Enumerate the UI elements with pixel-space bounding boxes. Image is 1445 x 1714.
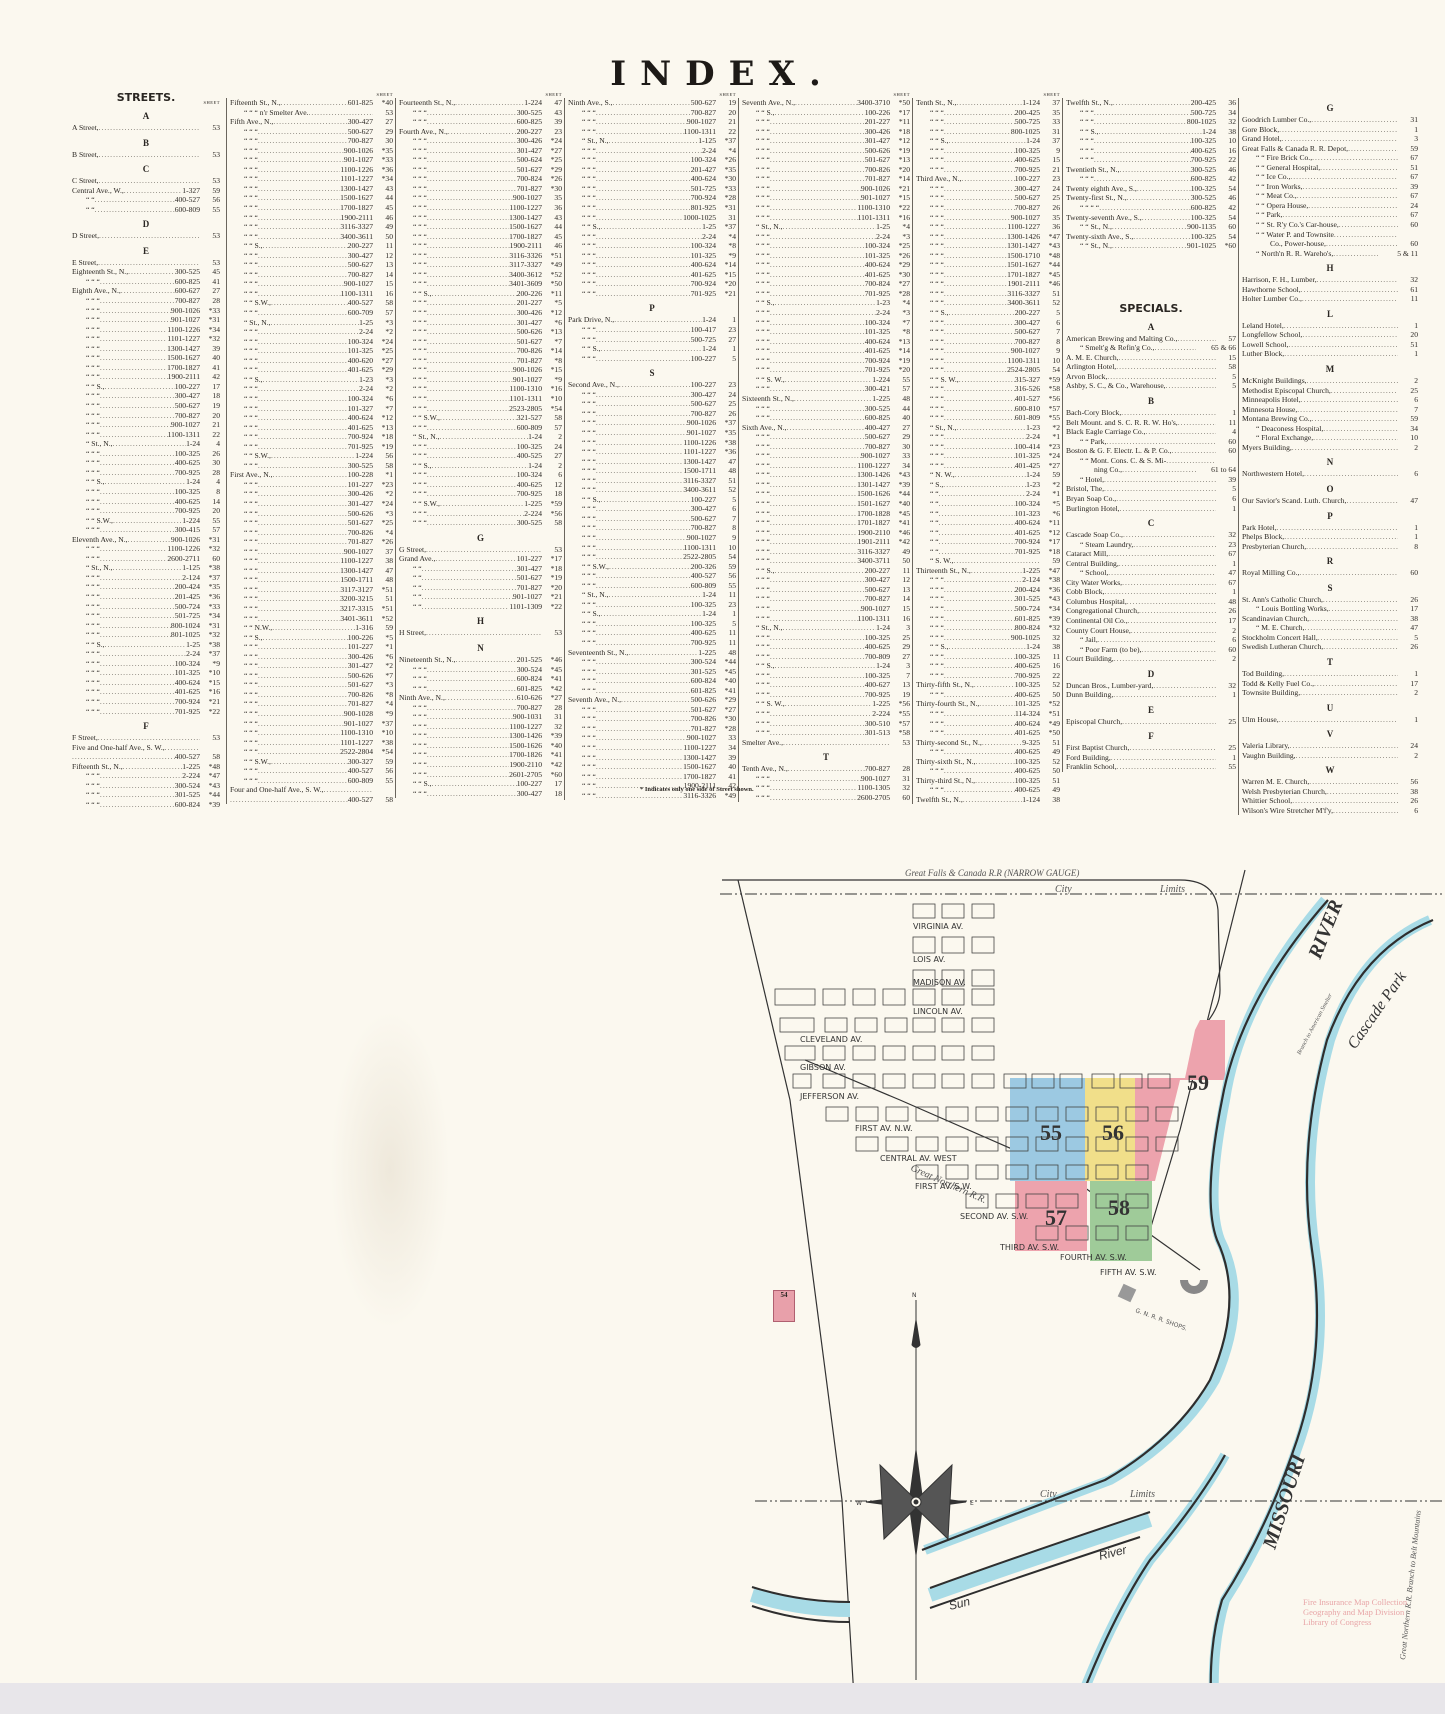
entry-name: “ “ S., [86, 640, 105, 650]
entry-range: 2-24 [186, 649, 200, 659]
entry-sheet: 11 [1398, 294, 1418, 304]
index-entry: Grand Ave.,101-227*17 [399, 554, 562, 564]
entry-sheet: *31 [716, 203, 736, 213]
entry-name: “ “ S.W., [413, 499, 440, 509]
leader-dots [258, 260, 348, 270]
entry-sheet: 53 [200, 733, 220, 743]
entry-range: 1-23 [1026, 480, 1040, 490]
entry-name: Phelps Block, [1242, 532, 1284, 542]
index-entry: “ “ “1901-2111*42 [742, 537, 910, 547]
entry-sheet [200, 743, 220, 753]
index-entry: Ashby, S. C., & Co., Warehouse,5 [1066, 381, 1236, 391]
entry-range: 1101-1309 [509, 602, 542, 612]
entry-name: “ “ “ [756, 184, 770, 194]
entry-sheet: *20 [890, 165, 910, 175]
entry-name: “ “ “ [582, 504, 596, 514]
index-entry: “ “ “3400-361152 [568, 485, 736, 495]
leader-dots [440, 432, 529, 442]
entry-name: “ “ “ [930, 213, 944, 223]
entry-name: “ “ “ [756, 308, 770, 318]
leader-dots [128, 535, 171, 545]
leader-dots [1119, 559, 1216, 569]
entry-range: 700-826 [691, 714, 716, 724]
index-entry: “ “ “401-625*50 [916, 728, 1060, 738]
leader-dots [100, 468, 175, 478]
index-entry: “ “ “1300-142747 [568, 457, 736, 467]
entry-name: “ “ “ [756, 337, 770, 347]
entry-range: 300-525 [175, 267, 200, 277]
leader-dots [770, 793, 857, 803]
index-entry: “ “2-24*1 [916, 489, 1060, 499]
sheet-55-number: 55 [1040, 1120, 1062, 1145]
leader-dots [258, 127, 348, 137]
index-entry: “ “ “301-525*44 [72, 790, 220, 800]
index-entry: McKnight Buildings,2 [1242, 376, 1418, 386]
index-entry: Northwestern Hotel,6 [1242, 469, 1418, 479]
entry-sheet: *28 [890, 289, 910, 299]
index-entry: “ “ “3400-371150 [742, 556, 910, 566]
leader-dots [944, 337, 1015, 347]
leader-dots [1312, 153, 1398, 163]
entry-name: “ “ “ [86, 800, 100, 810]
index-entry: “ “ “700-826*14 [399, 346, 562, 356]
entry-range: 500-627 [691, 98, 716, 108]
entry-name: “ “ “ [756, 528, 770, 538]
entry-name: “ “ “ [930, 451, 944, 461]
entry-sheet: 3 [890, 661, 910, 671]
entry-sheet: 57 [1216, 334, 1236, 344]
entry-range: 100-324 [517, 470, 542, 480]
leader-dots [426, 628, 542, 638]
entry-name: Thirteenth St., N., [916, 566, 971, 576]
index-entry: “ “ S.W.,400-52758 [230, 298, 393, 308]
entry-name: “ “ “ [582, 203, 596, 213]
entry-sheet: *52 [542, 270, 562, 280]
entry-name: “ “ “ [756, 146, 770, 156]
entry-sheet: *6 [542, 318, 562, 328]
entry-name: “ “ “ [244, 680, 258, 690]
leader-dots [775, 298, 877, 308]
city-label-south: City [1040, 1489, 1057, 1500]
index-entry: “ “ “701-925*20 [742, 365, 910, 375]
index-entry: Welsh Presbyterian Church,38 [1242, 787, 1418, 797]
index-entry: “ “ “700-92522 [1066, 155, 1236, 165]
entry-sheet: *34 [200, 611, 220, 621]
index-entry: “ “ “400-624*14 [568, 260, 736, 270]
entry-range: 401-625 [348, 365, 373, 375]
entry-sheet: *14 [716, 260, 736, 270]
entry-name: “ “ “ [582, 476, 596, 486]
index-entry: “ “ “3401-3609*50 [399, 279, 562, 289]
entry-range: 400-527 [348, 298, 373, 308]
index-entry: “ “ “700-92518 [399, 489, 562, 499]
entry-range: 500-627 [865, 585, 890, 595]
index-entry: Cobb Block,1 [1066, 587, 1236, 597]
index-entry: “ St., N.,1-244 [72, 439, 220, 449]
entry-name: “ “ “ “ [1080, 203, 1099, 213]
leader-dots [596, 325, 691, 335]
entry-range: 1700-1827 [340, 203, 373, 213]
index-entry: “ “ “1300-142743 [230, 184, 393, 194]
entry-name: “ “ “ [244, 423, 258, 433]
index-entry: “ North'n R. R. Wareho's,5 & 11 [1242, 249, 1418, 259]
entry-range: 201-525 [517, 655, 542, 665]
entry-sheet: 1 [1398, 321, 1418, 331]
leader-dots [596, 418, 687, 428]
index-entry: “ “ S. W.,315-327*59 [916, 375, 1060, 385]
entry-name: “ “ “ [930, 155, 944, 165]
entry-name: “ North'n R. R. Wareho's, [1256, 249, 1333, 259]
leader-dots [427, 375, 513, 385]
leader-dots [596, 657, 691, 667]
index-entry: “ M. E. Church,47 [1242, 623, 1418, 633]
entry-sheet: 2 [1398, 443, 1418, 453]
entry-range: 900-1027 [171, 420, 200, 430]
entry-sheet: 27 [200, 286, 220, 296]
entry-name: “ “ “ [582, 270, 596, 280]
index-entry: “ “ “400-62529 [742, 642, 910, 652]
entry-sheet: 19 [890, 690, 910, 700]
entry-sheet: 58 [542, 413, 562, 423]
entry-sheet: *15 [716, 270, 736, 280]
index-entry: “ “ “400-624*49 [916, 719, 1060, 729]
entry-name: Swedish Lutheran Church, [1242, 642, 1323, 652]
entry-name: Townsite Building, [1242, 688, 1300, 698]
leader-dots [770, 489, 857, 499]
entry-name: “ “ “ [413, 356, 427, 366]
leader-dots [258, 547, 344, 557]
entry-name: “ “ St., N., [1080, 241, 1112, 251]
entry-range: 1300-1426 [857, 470, 890, 480]
entry-sheet: *51 [373, 604, 393, 614]
entry-range: 901-1027 [513, 592, 542, 602]
entry-range: 501-627 [348, 518, 373, 528]
index-entry: “ “ St. R'y Co.'s Car-house,60 [1242, 220, 1418, 230]
entry-range: 201-227 [865, 117, 890, 127]
index-entry: “ “ S.,1-2437 [916, 136, 1060, 146]
entry-sheet: 46 [1216, 165, 1236, 175]
entry-name: “ “ “ [582, 714, 596, 724]
entry-range: 2-124 [182, 573, 200, 583]
entry-range: 1900-2110 [857, 528, 890, 538]
index-entry: “ “ “100-41723 [568, 325, 736, 335]
entry-sheet: *2 [373, 661, 393, 671]
entry-name: “ M. E. Church, [1256, 623, 1305, 633]
index-entry: “ “ “301-427*24 [230, 499, 393, 509]
entry-name: Duncan Bros., Lumber-yard, [1066, 681, 1153, 691]
entry-name: “ “ “ [756, 783, 770, 793]
leader-dots [258, 136, 348, 146]
index-entry: “ “ “500-624*25 [399, 155, 562, 165]
index-entry: Fifth Ave., N.,300-42727 [230, 117, 393, 127]
entry-range: 700-925 [175, 506, 200, 516]
leader-dots [596, 399, 691, 409]
section-letter: M [1242, 363, 1418, 376]
index-entry: “ “ S.,1-241 [568, 344, 736, 354]
entry-range: 3400-3611 [1007, 298, 1040, 308]
entry-sheet: *40 [542, 741, 562, 751]
index-entry: “ “301-427*18 [399, 564, 562, 574]
entry-name: “ “ “ [930, 442, 944, 452]
index-entry: “ “ “501-627*3 [230, 680, 393, 690]
index-entry: “ “ “701-925*28 [742, 289, 910, 299]
entry-range: 101-227 [348, 642, 373, 652]
entry-name: “ “ “ [930, 117, 944, 127]
entry-name: “ “ “ [244, 585, 258, 595]
index-entry: Central Building,1 [1066, 559, 1236, 569]
entry-sheet: 36 [542, 203, 562, 213]
entry-sheet: *24 [542, 136, 562, 146]
index-entry: “ “700-924*17 [916, 537, 1060, 547]
leader-dots [609, 562, 691, 572]
index-entry: “ “ “700-82726 [916, 203, 1060, 213]
entry-sheet [1216, 456, 1236, 466]
section-letter: E [1066, 704, 1236, 717]
entry-range: 400-625 [1015, 747, 1040, 757]
leader-dots [427, 337, 517, 347]
index-entry: “ “ “2-24*1 [916, 432, 1060, 442]
entry-name: “ “ “ [413, 375, 427, 385]
entry-name: “ “ “ [244, 518, 258, 528]
entry-sheet: *39 [890, 480, 910, 490]
entry-range: 201-427 [691, 165, 716, 175]
leader-dots [258, 709, 344, 719]
entry-range: 1500-1711 [340, 575, 373, 585]
avenue-label: MADISON AV. [913, 978, 966, 987]
leader-dots [1104, 587, 1216, 597]
leader-dots [944, 766, 1015, 776]
index-entry: “ “ Park,60 [1066, 437, 1236, 447]
index-entry: “ “ “2-24*3 [742, 308, 910, 318]
leader-dots [100, 391, 175, 401]
entry-name: “ Hotel, [1080, 475, 1104, 485]
leader-dots [100, 506, 175, 516]
entry-sheet: 33 [716, 733, 736, 743]
leader-dots [1113, 690, 1216, 700]
avenue-label: FIRST AV. S.W. [915, 1182, 972, 1191]
entry-name: “ “ “ [244, 461, 258, 471]
entry-range: 301-427 [348, 661, 373, 671]
entry-name: Twelfth St., N., [1066, 98, 1113, 108]
leader-dots [98, 258, 200, 268]
index-entry: “ “ “1100-131122 [568, 127, 736, 137]
index-entry: “ St., N.,1-25*4 [742, 222, 910, 232]
entry-name: Harrison, F. H., Lumber, [1242, 275, 1317, 285]
entry-sheet: 36 [1216, 98, 1236, 108]
entry-sheet: *12 [373, 413, 393, 423]
entry-sheet: *9 [716, 251, 736, 261]
entry-range: 700-824 [517, 174, 542, 184]
entry-name: “ “ S., [930, 136, 949, 146]
index-entry: “ “ “400-52527 [399, 451, 562, 461]
entry-sheet: *39 [200, 800, 220, 810]
leader-dots [258, 594, 340, 604]
index-entry: “ “ “1700-182745 [399, 232, 562, 242]
entry-sheet: 26 [1398, 796, 1418, 806]
entry-range: 700-827 [175, 296, 200, 306]
index-entry: “ St., N.,1-243 [742, 623, 910, 633]
entry-range: 700-826 [348, 528, 373, 538]
leader-dots [1131, 626, 1216, 636]
entry-range: 701-925 [175, 707, 200, 717]
entry-sheet: 48 [1216, 597, 1236, 607]
leader-dots [1304, 469, 1398, 479]
leader-dots [1314, 679, 1398, 689]
entry-sheet: *35 [373, 146, 393, 156]
leader-dots [1133, 540, 1216, 550]
index-entry: “ “ “500-626*19 [742, 146, 910, 156]
index-entry: “ “ “700-82714 [230, 270, 393, 280]
entry-range: 1100-1305 [857, 783, 890, 793]
index-entry: “ “ “900-102721 [568, 117, 736, 127]
entry-range: 1100-1227 [509, 203, 542, 213]
entry-sheet: 53 [200, 123, 220, 133]
entry-name: “ “ “ [930, 346, 944, 356]
index-entry: Third Ave., N.,100-22723 [916, 174, 1060, 184]
index-entry: “ “ “600-82540 [742, 413, 910, 423]
index-entry: “ “ “1101-1227*36 [568, 447, 736, 457]
leader-dots [258, 432, 348, 442]
section-letter: H [1242, 262, 1418, 275]
section-letter: G [399, 532, 562, 545]
entry-name: “ “ “ [582, 667, 596, 677]
index-entry: Swedish Lutheran Church,26 [1242, 642, 1418, 652]
entry-range: 601-825 [691, 686, 716, 696]
entry-sheet: *54 [373, 747, 393, 757]
entry-name: “ “ “ [413, 731, 427, 741]
index-entry: “ “600-80955 [72, 205, 220, 215]
entry-sheet: 13 [890, 585, 910, 595]
leader-dots [1284, 532, 1398, 542]
index-entry: “ “ “900-102715 [742, 604, 910, 614]
leader-dots [596, 600, 691, 610]
entry-sheet: *3 [373, 375, 393, 385]
entry-range: 401-625 [348, 423, 373, 433]
entry-range: 300-327 [348, 757, 373, 767]
leader-dots [1282, 134, 1398, 144]
index-entry: “ “ Meat Co.,67 [1242, 191, 1418, 201]
entry-range: 300-524 [517, 665, 542, 675]
index-entry: “ “ “1900-211146 [399, 241, 562, 251]
streets-column-3: SHEETFourteenth St., N.,1-22447“ “ “300-… [395, 98, 562, 798]
entry-sheet: 5 [716, 354, 736, 364]
leader-dots [939, 518, 1015, 528]
entry-range: 1-125 [698, 136, 716, 146]
entry-name: Cascade Soap Co., [1066, 530, 1123, 540]
entry-sheet: 31 [1040, 127, 1060, 137]
entry-range: 500-627 [175, 401, 200, 411]
entry-sheet: 6 [1398, 806, 1418, 816]
index-entry: “ “ “1100-130532 [742, 783, 910, 793]
roundhouse [1180, 1280, 1208, 1294]
entry-range: 400-525 [517, 451, 542, 461]
entry-name: “ “ “ [244, 384, 258, 394]
leader-dots [100, 790, 175, 800]
entry-sheet: *54 [542, 404, 562, 414]
entry-name: “ “ “ [930, 270, 944, 280]
leader-dots [1120, 504, 1216, 514]
leader-dots [273, 117, 347, 127]
entry-range: 700-824 [865, 279, 890, 289]
index-entry: “ “ “1301-1427*39 [742, 480, 910, 490]
entry-name: “ “ “ [756, 537, 770, 547]
entry-sheet: 45 [542, 232, 562, 242]
index-entry: Presbyterian Church,8 [1242, 542, 1418, 552]
leader-dots [1284, 321, 1398, 331]
leader-dots [770, 184, 861, 194]
entry-name: “ “ “ [930, 356, 944, 366]
leader-dots [427, 665, 517, 675]
entry-range: 201-425 [175, 592, 200, 602]
entry-name: “ “ “ [86, 678, 100, 688]
index-entry: “ “ “301-513*58 [742, 728, 910, 738]
index-entry: Black Eagle Carriage Co.,4 [1066, 427, 1236, 437]
entry-sheet: *36 [1040, 585, 1060, 595]
entry-range: 100-227 [691, 495, 716, 505]
entry-range: 100-325 [1191, 232, 1216, 242]
leader-dots [596, 743, 683, 753]
entry-name: Co., Power-house, [1270, 239, 1326, 249]
entry-sheet: 1 [1398, 715, 1418, 725]
leader-dots [427, 489, 517, 499]
entry-name: “ “ “ [582, 155, 596, 165]
index-entry: “ “ “700-82728 [72, 296, 220, 306]
index-entry: Seventh Ave., N.,500-626*29 [568, 695, 736, 705]
entry-name: Black Eagle Carriage Co., [1066, 427, 1146, 437]
entry-range: 101-325 [865, 327, 890, 337]
entry-name: “ “ “ [86, 372, 100, 382]
leader-dots [258, 585, 340, 595]
entry-sheet: 20 [200, 506, 220, 516]
leader-dots [99, 176, 200, 186]
entry-range: 101-325 [865, 251, 890, 261]
entry-range: 1100-1227 [857, 461, 890, 471]
leader-dots [1279, 125, 1398, 135]
entry-sheet: 38 [373, 556, 393, 566]
entry-sheet: *5 [1040, 499, 1060, 509]
entry-range: 1-24 [702, 344, 716, 354]
entry-name: “ St., N., [930, 423, 957, 433]
leader-dots [770, 318, 865, 328]
leader-dots [939, 489, 1026, 499]
index-entry: “ “ “1101-1227*34 [230, 174, 393, 184]
leader-dots [427, 703, 517, 713]
leader-dots [596, 354, 691, 364]
leader-dots [1331, 386, 1398, 396]
leader-dots [427, 155, 517, 165]
entry-sheet: 51 [1040, 738, 1060, 748]
entry-sheet: 32 [1216, 681, 1236, 691]
entry-name: Seventh Ave., N., [742, 98, 795, 108]
leader-dots [258, 213, 341, 223]
entry-name: “ “ [930, 509, 939, 519]
entry-sheet: 52 [716, 485, 736, 495]
entry-range: 700-827 [865, 764, 890, 774]
entry-range: 700-924 [865, 356, 890, 366]
entry-sheet: 41 [200, 277, 220, 287]
entry-range: 2-24 [876, 308, 890, 318]
entry-name: “ “ “ [582, 325, 596, 335]
index-entry: “ “ “300-42724 [568, 390, 736, 400]
entry-range: 600-809 [175, 205, 200, 215]
entry-name: “ “ “ [86, 592, 100, 602]
index-entry: “ “ “1500-162744 [399, 222, 562, 232]
entry-name: “ “ “ [244, 413, 258, 423]
leader-dots [1121, 408, 1216, 418]
index-entry: “ Steam Laundry,23 [1066, 540, 1236, 550]
entry-sheet: *20 [716, 279, 736, 289]
entry-sheet: *45 [1040, 270, 1060, 280]
